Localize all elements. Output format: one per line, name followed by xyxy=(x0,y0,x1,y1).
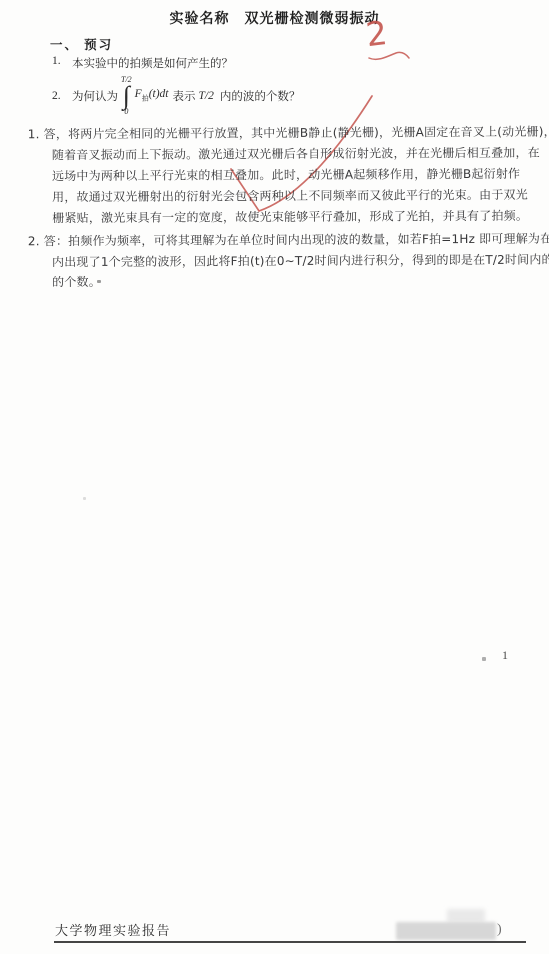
handwritten-line: 2. 答：拍频作为频率，可将其理解为在单位时间内出现的波的数量，如若F拍=1Hz… xyxy=(28,229,528,252)
scan-speck xyxy=(97,280,101,283)
page-number: 1 xyxy=(502,648,508,663)
scanned-lab-report-page: 实验名称 双光栅检测微弱振动 2 一、 预习 1. 本实验中的拍频是如何产生的？… xyxy=(0,0,549,954)
integrand: F拍(t)dt xyxy=(135,88,169,103)
integral-icon: ∫ xyxy=(123,85,130,107)
question-2-suffix-pre: 表示 xyxy=(173,88,196,104)
integral-lower-limit: 0 xyxy=(124,108,128,116)
question-2-prefix: 为何认为 xyxy=(72,88,118,104)
question-2-period-var: T/2 xyxy=(199,90,214,102)
integrand-rest: (t)dt xyxy=(149,88,169,100)
integral-expression: T/2 ∫ 0 xyxy=(121,76,132,116)
question-1-number: 1. xyxy=(52,55,72,71)
handwritten-line: 1. 答，将两片完全相同的光栅平行放置，其中光栅B静止(静光栅)，光栅A固定在音… xyxy=(28,122,528,146)
handwritten-answer-1: 1. 答，将两片完全相同的光栅平行放置，其中光栅B静止(静光栅)，光栅A固定在音… xyxy=(28,122,529,230)
handwritten-answer-2: 2. 答：拍频作为频率，可将其理解为在单位时间内出现的波的数量，如若F拍=1Hz… xyxy=(28,229,528,293)
page-title: 实验名称 双光栅检测微弱振动 xyxy=(0,8,549,28)
handwritten-line: 的个数。 xyxy=(28,270,528,293)
handwritten-line: 栅紧贴，激光束具有一定的宽度，故使光束能够平行叠加，形成了光拍，并具有了拍频。 xyxy=(28,206,528,230)
handwritten-line: 远场中为两种以上平行光束的相互叠加。此时，动光栅A起频移作用，静光栅B起衍射作 xyxy=(28,164,528,188)
integrand-subscript: 拍 xyxy=(142,95,149,103)
question-2-number: 2. xyxy=(52,90,72,102)
footer-title: 大学物理实验报告 xyxy=(55,920,171,939)
handwritten-line: 随着音叉振动而上下振动。激光通过双光栅后各自形成衍射光波，并在光栅后相互叠加，在 xyxy=(28,143,528,167)
question-2: 2. 为何认为 T/2 ∫ 0 F拍(t)dt 表示 T/2 内的波的个数？ xyxy=(52,74,300,118)
scan-speck xyxy=(83,497,86,500)
redaction-blur xyxy=(447,909,485,923)
question-1: 1. 本实验中的拍频是如何产生的？ xyxy=(52,55,233,71)
redaction-blur xyxy=(396,922,496,940)
footer-paren: ) xyxy=(497,922,502,938)
section-heading: 一、 预习 xyxy=(50,35,113,53)
question-2-suffix-post: 内的波的个数？ xyxy=(220,88,301,104)
question-1-text: 本实验中的拍频是如何产生的？ xyxy=(72,55,233,71)
handwritten-line: 内出现了1个完整的波形，因此将F拍(t)在0~T/2时间内进行积分，得到的即是在… xyxy=(28,249,528,272)
integrand-function: F xyxy=(135,88,142,100)
handwritten-line: 用，故通过双光栅射出的衍射光会包含两种以上不同频率而又彼此平行的光束。由于双光 xyxy=(28,185,528,209)
scan-speck xyxy=(482,657,486,661)
footer-divider xyxy=(54,941,526,943)
